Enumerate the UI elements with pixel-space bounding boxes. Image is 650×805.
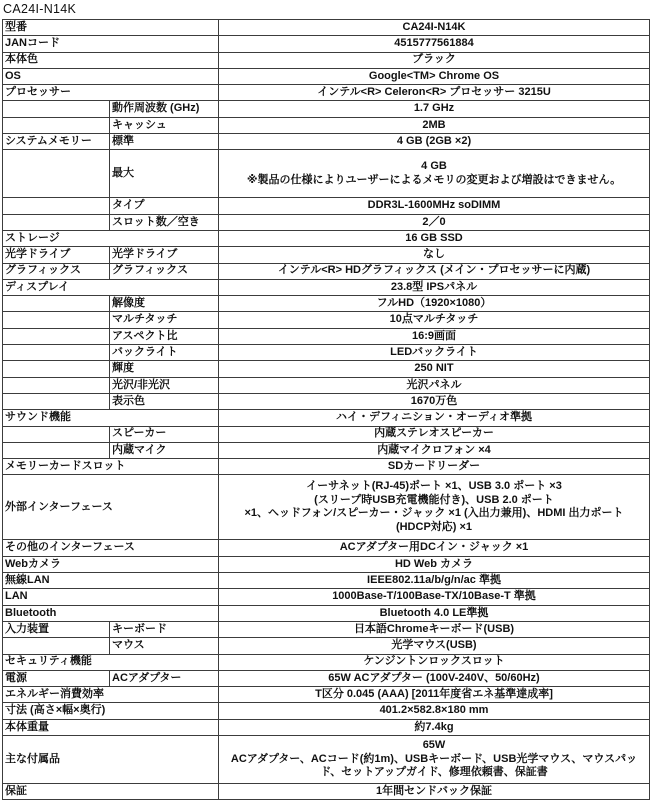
spec-value-cell: 1年間センドバック保証 [218, 783, 649, 799]
spec-row: 入力装置キーボード日本語Chromeキーボード(USB) [2, 621, 649, 637]
spec-subitem-cell: バックライト [109, 344, 218, 360]
spec-subitem-cell: マルチタッチ [109, 311, 218, 327]
spec-label-cell: サウンド機能 [2, 409, 218, 425]
spec-category-cell [2, 149, 109, 197]
spec-subitem-cell: 表示色 [109, 393, 218, 409]
spec-label-cell: 主な付属品 [2, 735, 218, 783]
spec-label-cell: 型番 [2, 19, 218, 35]
spec-row: BluetoothBluetooth 4.0 LE準拠 [2, 605, 649, 621]
spec-category-cell [2, 197, 109, 213]
spec-label-cell: ストレージ [2, 230, 218, 246]
spec-label-cell: ディスプレイ [2, 279, 218, 295]
spec-value-cell: ブラック [218, 52, 649, 68]
spec-row: 輝度250 NIT [2, 360, 649, 376]
spec-category-cell [2, 377, 109, 393]
spec-value-cell: ケンジントンロックスロット [218, 654, 649, 670]
spec-subitem-cell: スピーカー [109, 426, 218, 442]
spec-value-cell: SDカードリーダー [218, 458, 649, 474]
spec-row: セキュリティ機能ケンジントンロックスロット [2, 654, 649, 670]
spec-subitem-cell: グラフィックス [109, 263, 218, 279]
spec-row: 型番CA24I-N14K [2, 19, 649, 35]
spec-row: 光学ドライブ光学ドライブなし [2, 246, 649, 262]
spec-value-cell: 401.2×582.8×180 mm [218, 702, 649, 718]
spec-label-cell: 寸法 (高さ×幅×奥行) [2, 702, 218, 718]
spec-label-cell: Webカメラ [2, 556, 218, 572]
spec-subitem-cell: 光沢/非光沢 [109, 377, 218, 393]
spec-row: マウス光学マウス(USB) [2, 637, 649, 653]
spec-value-cell: 2MB [218, 117, 649, 133]
spec-value-cell: 23.8型 IPSパネル [218, 279, 649, 295]
spec-value-cell: HD Web カメラ [218, 556, 649, 572]
spec-row: 動作周波数 (GHz)1.7 GHz [2, 100, 649, 116]
spec-subitem-cell: 輝度 [109, 360, 218, 376]
spec-row: WebカメラHD Web カメラ [2, 556, 649, 572]
spec-subitem-cell: 内蔵マイク [109, 442, 218, 458]
spec-row: OSGoogle<TM> Chrome OS [2, 68, 649, 84]
spec-value-cell: 16:9画面 [218, 328, 649, 344]
spec-value-cell: ACアダプター用DCイン・ジャック ×1 [218, 539, 649, 555]
spec-label-cell: OS [2, 68, 218, 84]
spec-row: 主な付属品65W ACアダプター、ACコード(約1m)、USBキーボード、USB… [2, 735, 649, 783]
spec-row: 保証1年間センドバック保証 [2, 783, 649, 799]
spec-row: その他のインターフェースACアダプター用DCイン・ジャック ×1 [2, 539, 649, 555]
spec-value-cell: 65W ACアダプター (100V-240V、50/60Hz) [218, 670, 649, 686]
spec-row: 寸法 (高さ×幅×奥行)401.2×582.8×180 mm [2, 702, 649, 718]
spec-label-cell: JANコード [2, 35, 218, 51]
spec-category-cell [2, 117, 109, 133]
spec-value-cell: 16 GB SSD [218, 230, 649, 246]
spec-value-cell: インテル<R> Celeron<R> プロセッサー 3215U [218, 84, 649, 100]
spec-subitem-cell: 最大 [109, 149, 218, 197]
spec-label-cell: 外部インターフェース [2, 474, 218, 539]
spec-row: エネルギー消費効率T区分 0.045 (AAA) [2011年度省エネ基準達成率… [2, 686, 649, 702]
spec-table-body: 型番CA24I-N14KJANコード4515777561884本体色ブラックOS… [2, 19, 649, 799]
spec-row: 外部インターフェースイーサネット(RJ-45)ポート ×1、USB 3.0 ポー… [2, 474, 649, 539]
spec-row: 本体色ブラック [2, 52, 649, 68]
spec-category-cell [2, 442, 109, 458]
spec-subitem-cell: マウス [109, 637, 218, 653]
spec-row: メモリーカードスロットSDカードリーダー [2, 458, 649, 474]
spec-value-cell: 2／0 [218, 214, 649, 230]
spec-row: 電源ACアダプター65W ACアダプター (100V-240V、50/60Hz) [2, 670, 649, 686]
spec-subitem-cell: キーボード [109, 621, 218, 637]
spec-category-cell: グラフィックス [2, 263, 109, 279]
spec-label-cell: エネルギー消費効率 [2, 686, 218, 702]
spec-category-cell: 入力装置 [2, 621, 109, 637]
spec-category-cell [2, 426, 109, 442]
spec-value-cell: DDR3L-1600MHz soDIMM [218, 197, 649, 213]
spec-row: グラフィックスグラフィックスインテル<R> HDグラフィックス (メイン・プロセ… [2, 263, 649, 279]
spec-value-cell: 10点マルチタッチ [218, 311, 649, 327]
spec-category-cell [2, 328, 109, 344]
spec-category-cell [2, 637, 109, 653]
spec-value-cell: T区分 0.045 (AAA) [2011年度省エネ基準達成率] [218, 686, 649, 702]
spec-row: 本体重量約7.4kg [2, 719, 649, 735]
spec-category-cell: 電源 [2, 670, 109, 686]
spec-value-cell: 65W ACアダプター、ACコード(約1m)、USBキーボード、USB光学マウス… [218, 735, 649, 783]
spec-label-cell: プロセッサー [2, 84, 218, 100]
spec-subitem-cell: タイプ [109, 197, 218, 213]
spec-value-cell: 4515777561884 [218, 35, 649, 51]
spec-value-cell: 250 NIT [218, 360, 649, 376]
spec-label-cell: LAN [2, 588, 218, 604]
spec-row: タイプDDR3L-1600MHz soDIMM [2, 197, 649, 213]
spec-value-cell: 光沢パネル [218, 377, 649, 393]
spec-row: アスペクト比16:9画面 [2, 328, 649, 344]
spec-value-cell: CA24I-N14K [218, 19, 649, 35]
spec-value-cell: 4 GB ※製品の仕様によりユーザーによるメモリの変更および増設はできません。 [218, 149, 649, 197]
spec-label-cell: 本体色 [2, 52, 218, 68]
spec-label-cell: その他のインターフェース [2, 539, 218, 555]
spec-subitem-cell: キャッシュ [109, 117, 218, 133]
spec-subitem-cell: 解像度 [109, 295, 218, 311]
spec-value-cell: なし [218, 246, 649, 262]
spec-category-cell [2, 295, 109, 311]
spec-row: ストレージ16 GB SSD [2, 230, 649, 246]
spec-row: キャッシュ2MB [2, 117, 649, 133]
spec-value-cell: イーサネット(RJ-45)ポート ×1、USB 3.0 ポート ×3 (スリープ… [218, 474, 649, 539]
spec-value-cell: 内蔵マイクロフォン ×4 [218, 442, 649, 458]
spec-row: 表示色1670万色 [2, 393, 649, 409]
spec-subitem-cell: 光学ドライブ [109, 246, 218, 262]
spec-label-cell: メモリーカードスロット [2, 458, 218, 474]
spec-label-cell: Bluetooth [2, 605, 218, 621]
spec-row: バックライトLEDバックライト [2, 344, 649, 360]
spec-row: 最大4 GB ※製品の仕様によりユーザーによるメモリの変更および増設はできません… [2, 149, 649, 197]
spec-value-cell: LEDバックライト [218, 344, 649, 360]
spec-value-cell: 1.7 GHz [218, 100, 649, 116]
spec-label-cell: 保証 [2, 783, 218, 799]
spec-row: サウンド機能ハイ・デフィニション・オーディオ準拠 [2, 409, 649, 425]
spec-value-cell: ハイ・デフィニション・オーディオ準拠 [218, 409, 649, 425]
spec-value-cell: IEEE802.11a/b/g/n/ac 準拠 [218, 572, 649, 588]
spec-subitem-cell: 標準 [109, 133, 218, 149]
spec-subitem-cell: 動作周波数 (GHz) [109, 100, 218, 116]
spec-row: 内蔵マイク内蔵マイクロフォン ×4 [2, 442, 649, 458]
spec-value-cell: 約7.4kg [218, 719, 649, 735]
spec-category-cell [2, 214, 109, 230]
spec-value-cell: フルHD（1920×1080） [218, 295, 649, 311]
spec-value-cell: 日本語Chromeキーボード(USB) [218, 621, 649, 637]
spec-table: 型番CA24I-N14KJANコード4515777561884本体色ブラックOS… [2, 19, 650, 800]
spec-row: マルチタッチ10点マルチタッチ [2, 311, 649, 327]
spec-subitem-cell: ACアダプター [109, 670, 218, 686]
spec-row: スピーカー内蔵ステレオスピーカー [2, 426, 649, 442]
spec-row: システムメモリー標準4 GB (2GB ×2) [2, 133, 649, 149]
spec-row: JANコード4515777561884 [2, 35, 649, 51]
spec-category-cell [2, 100, 109, 116]
spec-value-cell: インテル<R> HDグラフィックス (メイン・プロセッサーに内蔵) [218, 263, 649, 279]
spec-sheet: CA24I-N14K 型番CA24I-N14KJANコード45157775618… [0, 0, 650, 800]
spec-row: ディスプレイ23.8型 IPSパネル [2, 279, 649, 295]
spec-category-cell [2, 311, 109, 327]
spec-category-cell: システムメモリー [2, 133, 109, 149]
spec-value-cell: Bluetooth 4.0 LE準拠 [218, 605, 649, 621]
spec-value-cell: 1000Base-T/100Base-TX/10Base-T 準拠 [218, 588, 649, 604]
spec-subitem-cell: スロット数／空き [109, 214, 218, 230]
spec-value-cell: 1670万色 [218, 393, 649, 409]
spec-row: 解像度フルHD（1920×1080） [2, 295, 649, 311]
spec-label-cell: 無線LAN [2, 572, 218, 588]
spec-value-cell: Google<TM> Chrome OS [218, 68, 649, 84]
spec-row: 光沢/非光沢光沢パネル [2, 377, 649, 393]
spec-row: LAN1000Base-T/100Base-TX/10Base-T 準拠 [2, 588, 649, 604]
spec-category-cell [2, 360, 109, 376]
spec-value-cell: 4 GB (2GB ×2) [218, 133, 649, 149]
spec-category-cell: 光学ドライブ [2, 246, 109, 262]
spec-label-cell: セキュリティ機能 [2, 654, 218, 670]
spec-row: 無線LANIEEE802.11a/b/g/n/ac 準拠 [2, 572, 649, 588]
spec-category-cell [2, 344, 109, 360]
spec-subitem-cell: アスペクト比 [109, 328, 218, 344]
spec-row: スロット数／空き2／0 [2, 214, 649, 230]
spec-category-cell [2, 393, 109, 409]
spec-row: プロセッサーインテル<R> Celeron<R> プロセッサー 3215U [2, 84, 649, 100]
page-title: CA24I-N14K [3, 2, 649, 16]
spec-label-cell: 本体重量 [2, 719, 218, 735]
spec-value-cell: 光学マウス(USB) [218, 637, 649, 653]
spec-value-cell: 内蔵ステレオスピーカー [218, 426, 649, 442]
